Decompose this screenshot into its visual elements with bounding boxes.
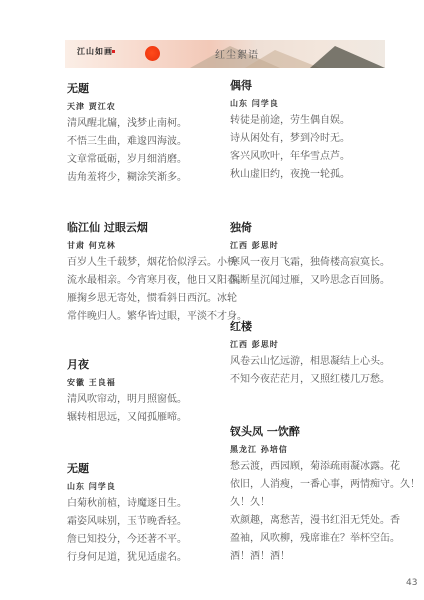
poem-title: 独倚 <box>230 219 400 237</box>
poem-line: 寒风一夜月飞霜，独倚楼高寂寞长。 <box>230 254 400 272</box>
poem-author: 安徽 王良福 <box>67 374 237 391</box>
poem-title: 红楼 <box>230 318 400 336</box>
poem-wuti-yan: 无题 山东 闫学良 白菊秋前植，诗魔逐日生。 霜姿风味别，玉节晚香轻。 詹已知投… <box>67 460 237 567</box>
poem-title: 偶得 <box>230 77 400 95</box>
poem-honglou: 红楼 江西 彭思时 风卷云山忆远游，相思凝结上心头。 不知今夜茫茫月，又照红楼几… <box>230 318 400 389</box>
poem-line: 百岁人生千载梦，烟花恰似浮云。小桥 <box>67 254 237 272</box>
poem-author: 甘肃 何克林 <box>67 237 237 254</box>
poem-author: 山东 闫学良 <box>230 95 400 112</box>
poem-title: 无题 <box>67 80 237 98</box>
poem-oude: 偶得 山东 闫学良 转徒是前途，劳生偶自娱。 诗从闲处有，梦到冷时无。 客兴风吹… <box>230 77 400 184</box>
poem-chaitoufeng: 钗头凤 一饮醉 黑龙江 孙培信 愁云渡，西园顾，菊添疏雨凝冰露。花 依旧，人消瘦… <box>230 423 400 566</box>
page-number: 43 <box>406 578 417 588</box>
poem-line: 诗从闲处有，梦到冷时无。 <box>230 130 400 148</box>
poem-line: 转徒是前途，劳生偶自娱。 <box>230 112 400 130</box>
poem-line: 不悟三生曲，难逡四海波。 <box>67 133 237 151</box>
poem-author: 江西 彭思时 <box>230 336 400 353</box>
poem-line: 流水最相亲。今宵寒月夜，他日又阳春。 <box>67 272 237 290</box>
poem-line: 雁掬乡思无寄处，惯看斜日西沉。冰轮 <box>67 290 237 308</box>
poem-linjiangxian: 临江仙 过眼云烟 甘肃 何克林 百岁人生千载梦，烟花恰似浮云。小桥 流水最相亲。… <box>67 219 237 326</box>
poem-author: 山东 闫学良 <box>67 478 237 495</box>
banner-title: 红尘絮语 <box>215 46 259 61</box>
banner-seal-text: 江山如画 <box>77 46 113 57</box>
poem-line: 盈袖，风吹柳，残席谁在？举杯空缶。 <box>230 530 400 548</box>
poem-line: 依旧，人消瘦，一番心事，两情痴守。久！ <box>230 476 400 494</box>
red-sun-icon <box>145 46 160 61</box>
poem-duyi: 独倚 江西 彭思时 寒风一夜月飞霜，独倚楼高寂寞长。 漏断星沉闻过雁，又吟思念百… <box>230 219 400 290</box>
header-banner: 江山如画 红尘絮语 <box>65 40 385 68</box>
poem-line: 辗转相思远，又闻孤雁啼。 <box>67 409 237 427</box>
poem-author: 天津 贾江农 <box>67 98 237 115</box>
poem-author: 黑龙江 孙培信 <box>230 441 400 458</box>
poem-line: 白菊秋前植，诗魔逐日生。 <box>67 495 237 513</box>
poem-line: 客兴风吹叶，年华雪点芦。 <box>230 148 400 166</box>
poem-line: 愁云渡，西园顾，菊添疏雨凝冰露。花 <box>230 458 400 476</box>
poem-title: 无题 <box>67 460 237 478</box>
poem-line: 詹已知投分，今还著不平。 <box>67 531 237 549</box>
mountain-icon <box>310 46 385 68</box>
poem-line: 霜姿风味别，玉节晚香轻。 <box>67 513 237 531</box>
poem-line: 常伴晚归人。繁华皆过眼，平淡不才身。 <box>67 308 237 326</box>
poem-line: 欢颜趣，离愁苦，漫书红泪无凭处。香 <box>230 512 400 530</box>
poem-title: 钗头凤 一饮醉 <box>230 423 400 441</box>
poem-line: 清风吹帘动，明月照窗低。 <box>67 391 237 409</box>
poem-title: 临江仙 过眼云烟 <box>67 219 237 237</box>
poem-line: 酒！酒！酒！ <box>230 548 400 566</box>
poem-line: 久！久！ <box>230 494 400 512</box>
red-seal-icon <box>112 50 115 53</box>
poem-line: 文章常砥砺，岁月细消磨。 <box>67 151 237 169</box>
poem-line: 秋山虚旧约，夜挽一轮孤。 <box>230 166 400 184</box>
poem-line: 漏断星沉闻过雁，又吟思念百回肠。 <box>230 272 400 290</box>
poem-line: 不知今夜茫茫月，又照红楼几万愁。 <box>230 371 400 389</box>
poem-author: 江西 彭思时 <box>230 237 400 254</box>
poem-line: 行身何足道，犹见适虚名。 <box>67 549 237 567</box>
poem-line: 清风醒北牖，浅梦止南柯。 <box>67 115 237 133</box>
poem-wuti-jia: 无题 天津 贾江农 清风醒北牖，浅梦止南柯。 不悟三生曲，难逡四海波。 文章常砥… <box>67 80 237 187</box>
poem-title: 月夜 <box>67 356 237 374</box>
poem-line: 风卷云山忆远游，相思凝结上心头。 <box>230 353 400 371</box>
poem-yueye: 月夜 安徽 王良福 清风吹帘动，明月照窗低。 辗转相思远，又闻孤雁啼。 <box>67 356 237 427</box>
poem-line: 齿角羞将少，糊涂笑渐多。 <box>67 169 237 187</box>
